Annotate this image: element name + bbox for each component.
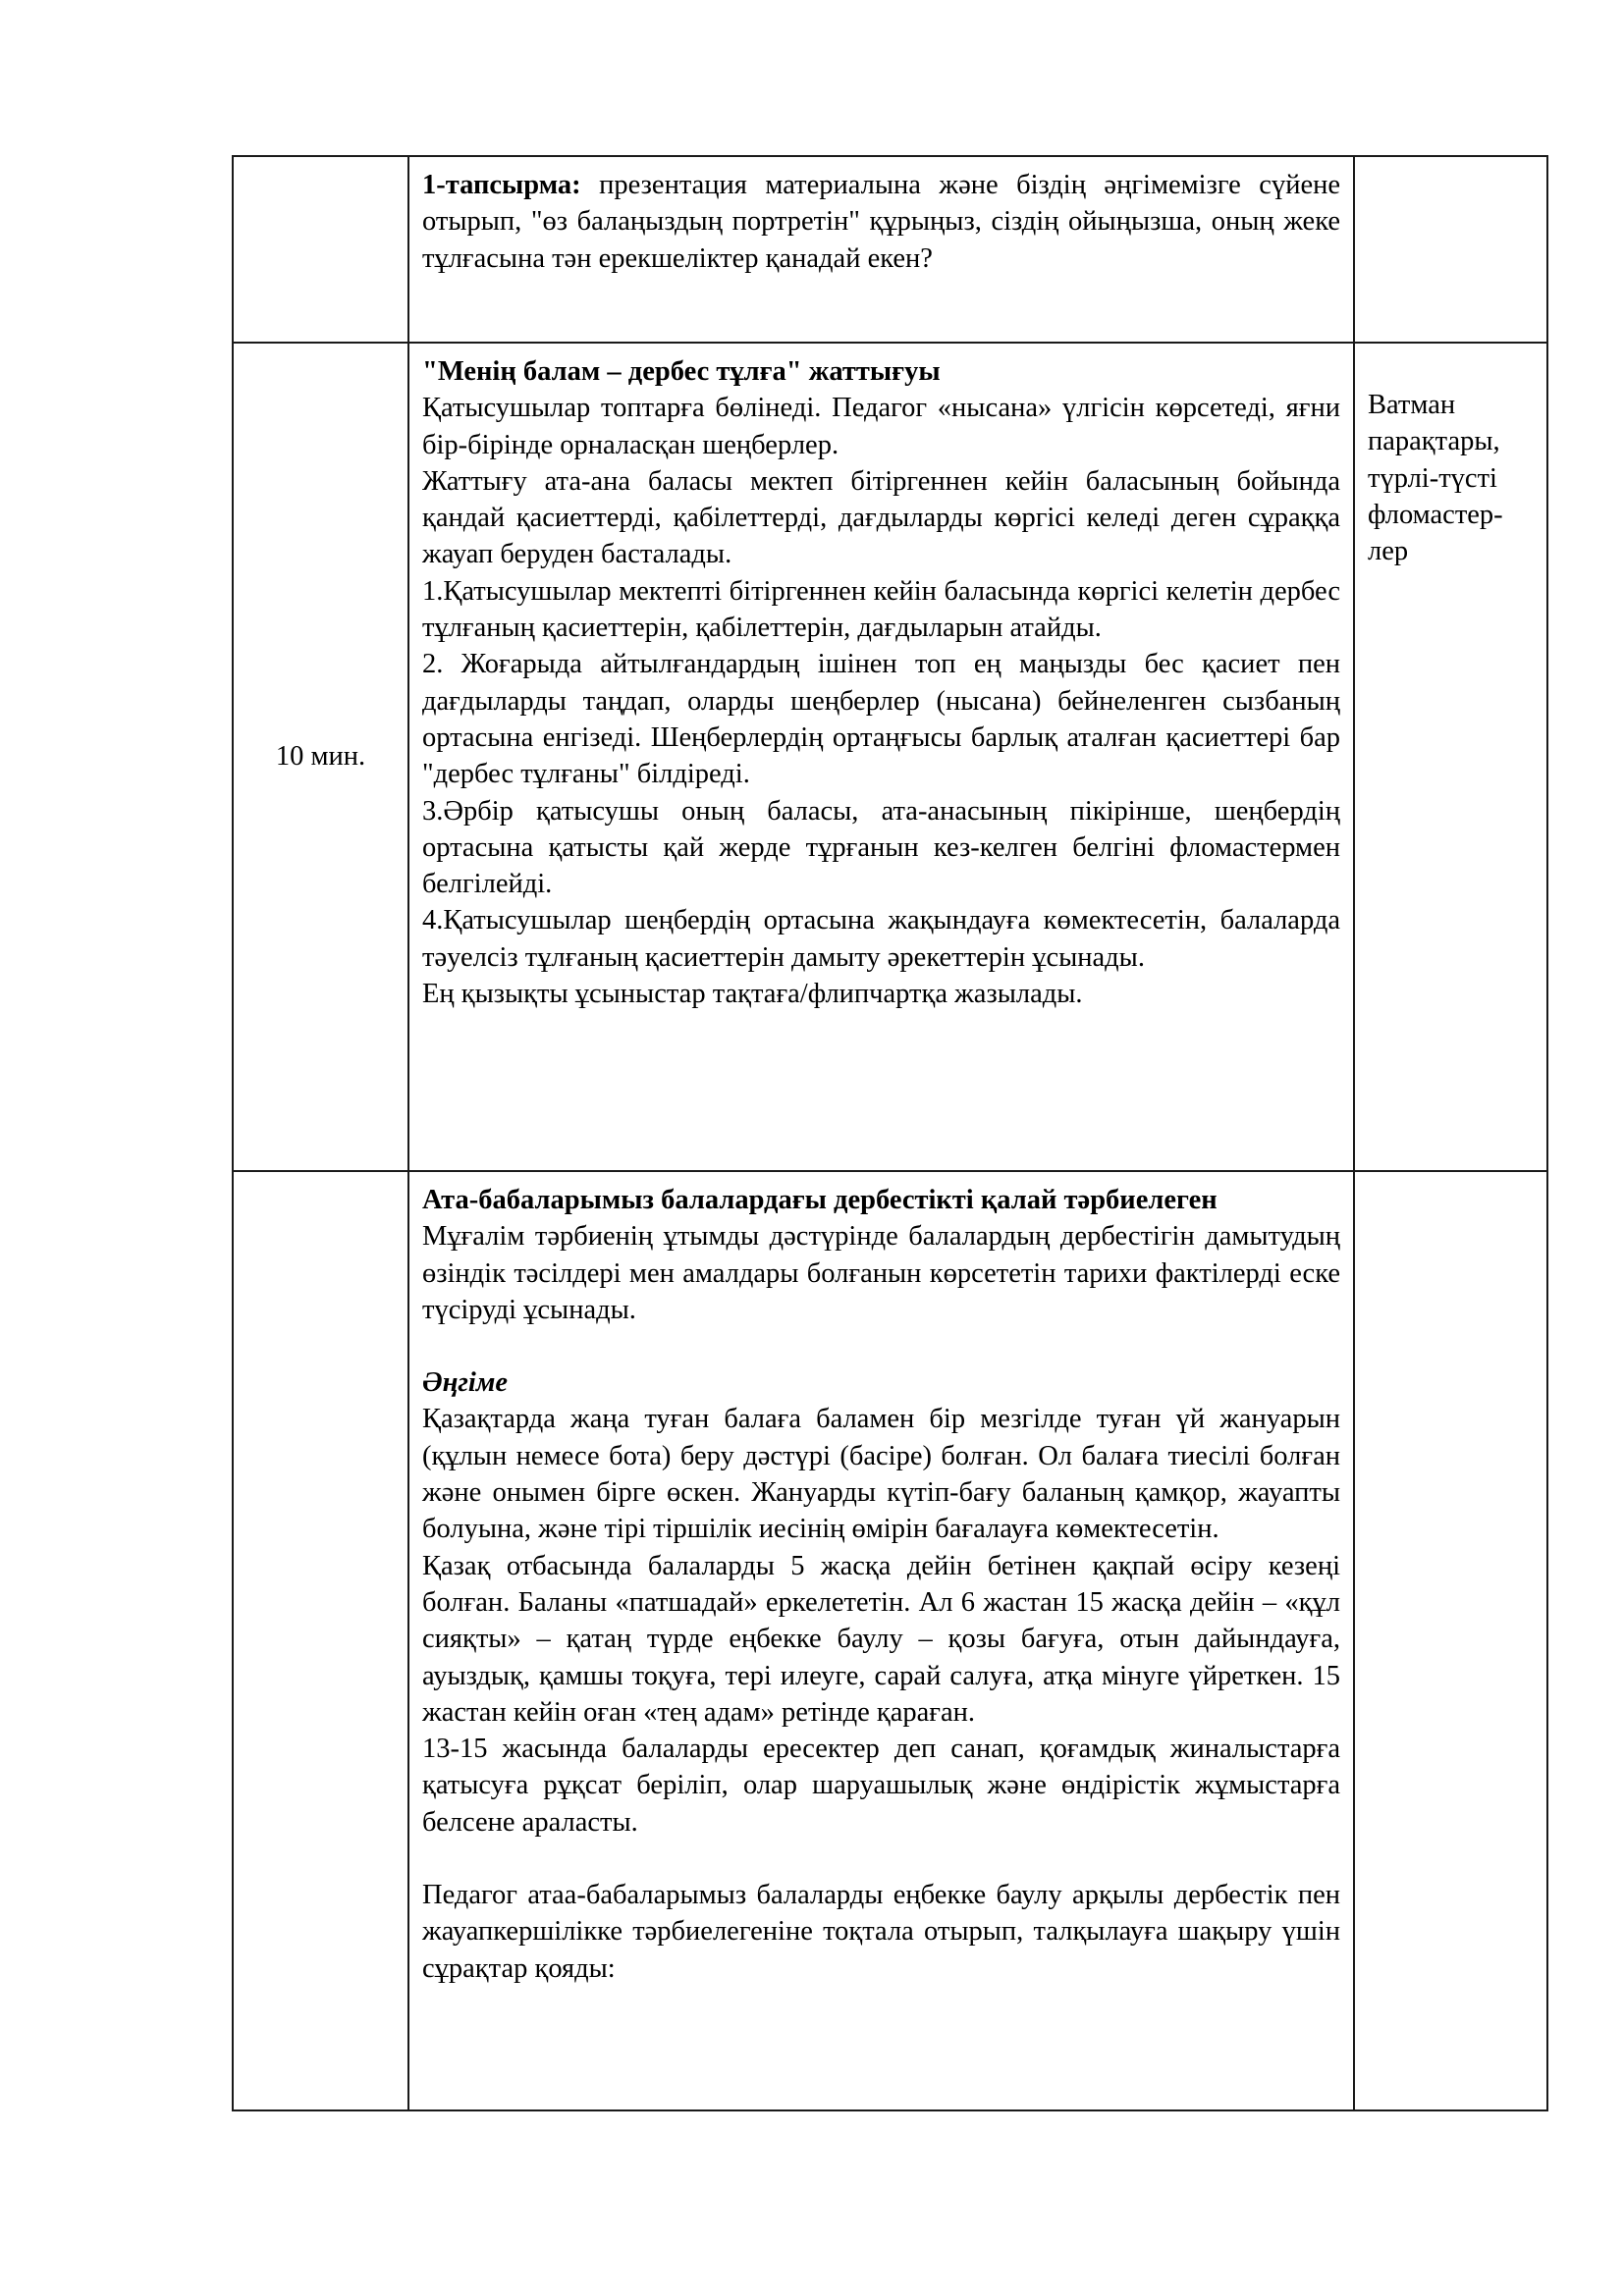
- content-cell: 1-тапсырма: презентация материалына және…: [408, 156, 1354, 343]
- section-title: Ата-бабаларымыз балалардағы дербестікті …: [422, 1182, 1340, 1218]
- step-1: 1.Қатысушылар мектепті бітіргеннен кейін…: [422, 573, 1340, 647]
- lesson-plan-table: 1-тапсырма: презентация материалына және…: [232, 155, 1548, 2111]
- content-cell: Ата-бабаларымыз балалардағы дербестікті …: [408, 1171, 1354, 2110]
- step-4: 4.Қатысушылар шеңбердің ортасына жақында…: [422, 902, 1340, 976]
- task-paragraph: 1-тапсырма: презентация материалына және…: [422, 167, 1340, 277]
- document-page: 1-тапсырма: презентация материалына және…: [232, 155, 1546, 2111]
- time-cell: [233, 1171, 408, 2110]
- table-row: Ата-бабаларымыз балалардағы дербестікті …: [233, 1171, 1547, 2110]
- exercise-title: "Менің балам – дербес тұлға" жаттығуы: [422, 353, 1340, 390]
- paragraph: Қазақтарда жаңа туған балаға баламен бір…: [422, 1401, 1340, 1547]
- paragraph: Ең қызықты ұсыныстар тақтаға/флипчартқа …: [422, 976, 1340, 1012]
- intro-paragraph: Мұғалім тәрбиенің ұтымды дәстүрінде бала…: [422, 1218, 1340, 1328]
- task-label: 1-тапсырма:: [422, 170, 581, 200]
- content-cell: "Менің балам – дербес тұлға" жаттығуы Қа…: [408, 343, 1354, 1171]
- paragraph: Қатысушылар топтарға бөлінеді. Педагог «…: [422, 390, 1340, 463]
- resources-cell: [1354, 1171, 1547, 2110]
- time-cell: 10 мин.: [233, 343, 408, 1171]
- closing-paragraph: Педагог атаа-бабаларымыз балаларды еңбек…: [422, 1877, 1340, 1987]
- resources-cell: [1354, 156, 1547, 343]
- paragraph: 13-15 жасында балаларды ересектер деп са…: [422, 1731, 1340, 1841]
- step-2: 2. Жоғарыда айтылғандардың ішінен топ ең…: [422, 646, 1340, 792]
- table-row: 1-тапсырма: презентация материалына және…: [233, 156, 1547, 343]
- paragraph: Жаттығу ата-ана баласы мектеп бітіргенне…: [422, 463, 1340, 573]
- time-cell: [233, 156, 408, 343]
- resources-text: Ватман парақтары, түрлі-түсті фломастер-…: [1355, 344, 1546, 569]
- resources-cell: Ватман парақтары, түрлі-түсті фломастер-…: [1354, 343, 1547, 1171]
- step-3: 3.Әрбір қатысушы оның баласы, ата-анасын…: [422, 793, 1340, 903]
- table-row: 10 мин. "Менің балам – дербес тұлға" жат…: [233, 343, 1547, 1171]
- paragraph: Қазақ отбасында балаларды 5 жасқа дейін …: [422, 1548, 1340, 1731]
- subtitle: Әңгіме: [422, 1364, 1340, 1401]
